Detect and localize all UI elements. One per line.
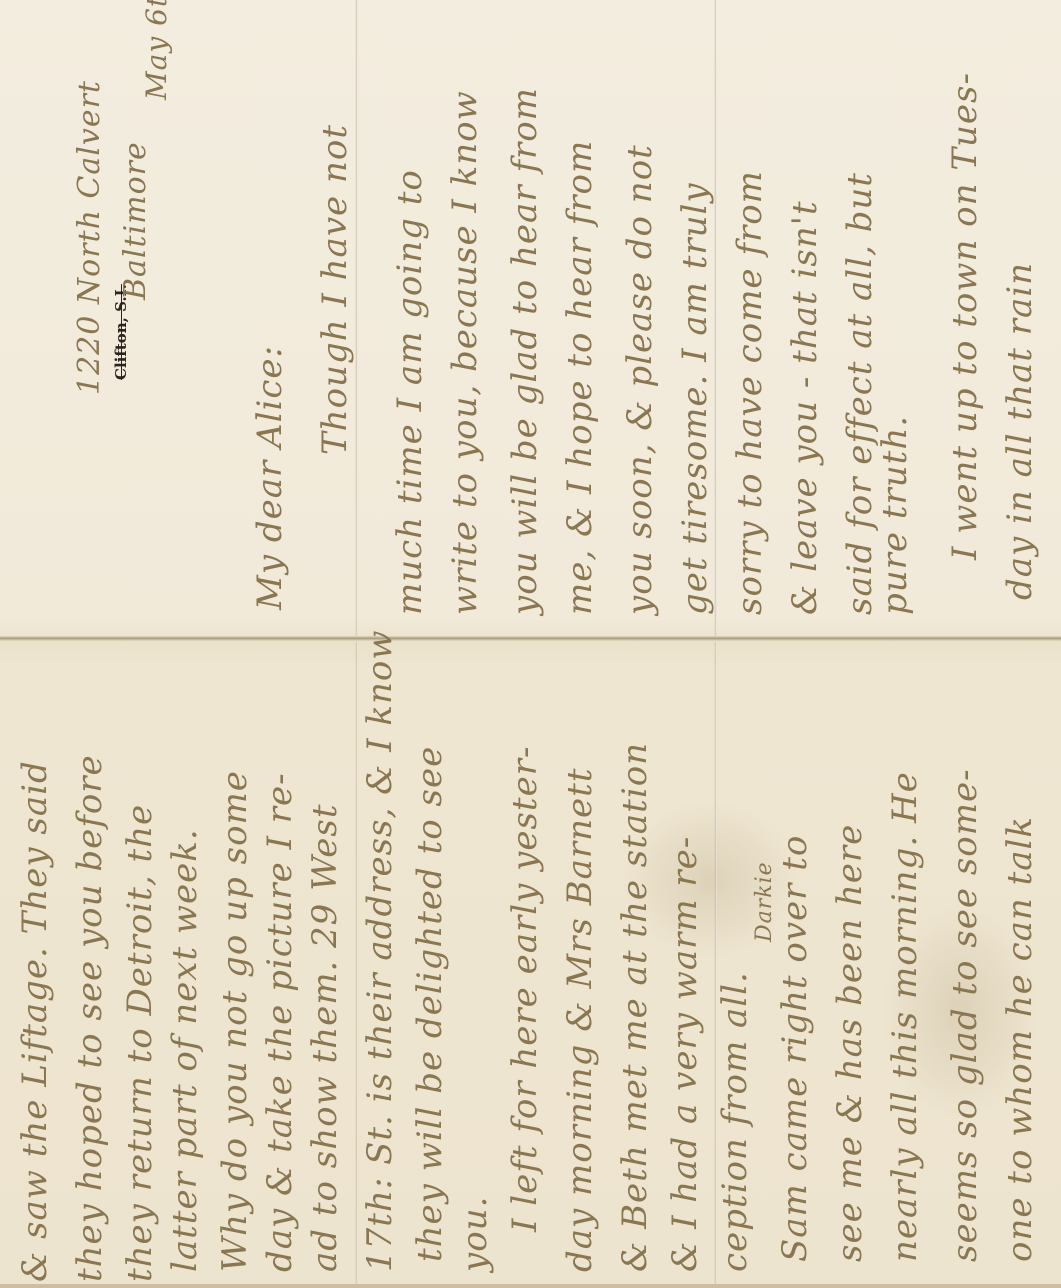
- letter-line: you will be glad to hear from: [505, 87, 545, 615]
- city-line: Baltimore: [118, 141, 153, 300]
- letter-sheet: 1220 North Calvert Clifton, S.I. Baltimo…: [0, 0, 1061, 1288]
- letter-line: Why do you not go up some: [215, 770, 255, 1272]
- letter-line: sorry to have come from: [730, 170, 770, 615]
- interlinear-note: Darkie: [752, 861, 777, 942]
- letter-line: day in all that rain: [1000, 262, 1040, 600]
- letter-line: & leave you - that isn't: [785, 200, 825, 615]
- letter-line: they return to Detroit, the: [120, 804, 160, 1282]
- letter-line: write to you, because I know: [445, 90, 485, 615]
- letter-line: I left for here early yester-: [505, 746, 545, 1232]
- letter-line: ad to show them. 29 West: [305, 803, 345, 1272]
- letter-line: you soon, & please do not: [620, 144, 660, 615]
- letter-line: & I had a very warm re-: [665, 836, 705, 1272]
- letter-line: nearly all this morning. He: [885, 771, 925, 1262]
- letter-line: day morning & Mrs Barnett: [560, 767, 600, 1272]
- salutation: My dear Alice:: [250, 345, 290, 610]
- letter-line: Sam came right over to: [775, 835, 815, 1262]
- letter-page-top: 1220 North Calvert Clifton, S.I. Baltimo…: [0, 0, 1061, 636]
- paper-edge: [0, 1284, 1061, 1288]
- letter-line: & saw the Liftage. They said: [15, 760, 55, 1282]
- letter-line: day & take the picture I re-: [260, 772, 300, 1272]
- letter-line: & Beth met me at the station: [615, 742, 655, 1272]
- letter-line: pure truth.: [875, 415, 915, 615]
- letter-line: they will be delighted to see: [410, 746, 450, 1262]
- letter-line: ception from all.: [715, 971, 755, 1272]
- letter-line: I went up to town on Tues-: [945, 72, 985, 560]
- letter-line: latter part of next week.: [165, 828, 205, 1272]
- letter-line: me, & I hope to hear from: [560, 140, 600, 615]
- letter-line: much time I am going to: [390, 169, 430, 615]
- letter-page-bottom: & saw the Liftage. They said they hoped …: [0, 642, 1061, 1288]
- letter-line: see me & has been here: [830, 824, 870, 1262]
- letter-line: they hoped to see you before: [70, 754, 110, 1282]
- letter-line: Though I have not: [315, 124, 355, 455]
- letter-line: 17th: St. is their address, & I know: [360, 630, 400, 1272]
- letter-line: you.: [455, 1196, 495, 1272]
- letter-line: one to whom he can talk: [1000, 816, 1040, 1262]
- letter-line: get tiresome. I am truly: [675, 182, 715, 615]
- date-line: May 6th: [140, 0, 173, 100]
- address-line: 1220 North Calvert: [72, 80, 107, 395]
- letter-line: seems so glad to see some-: [945, 768, 985, 1262]
- letter-line: said for effect at all, but: [840, 172, 880, 615]
